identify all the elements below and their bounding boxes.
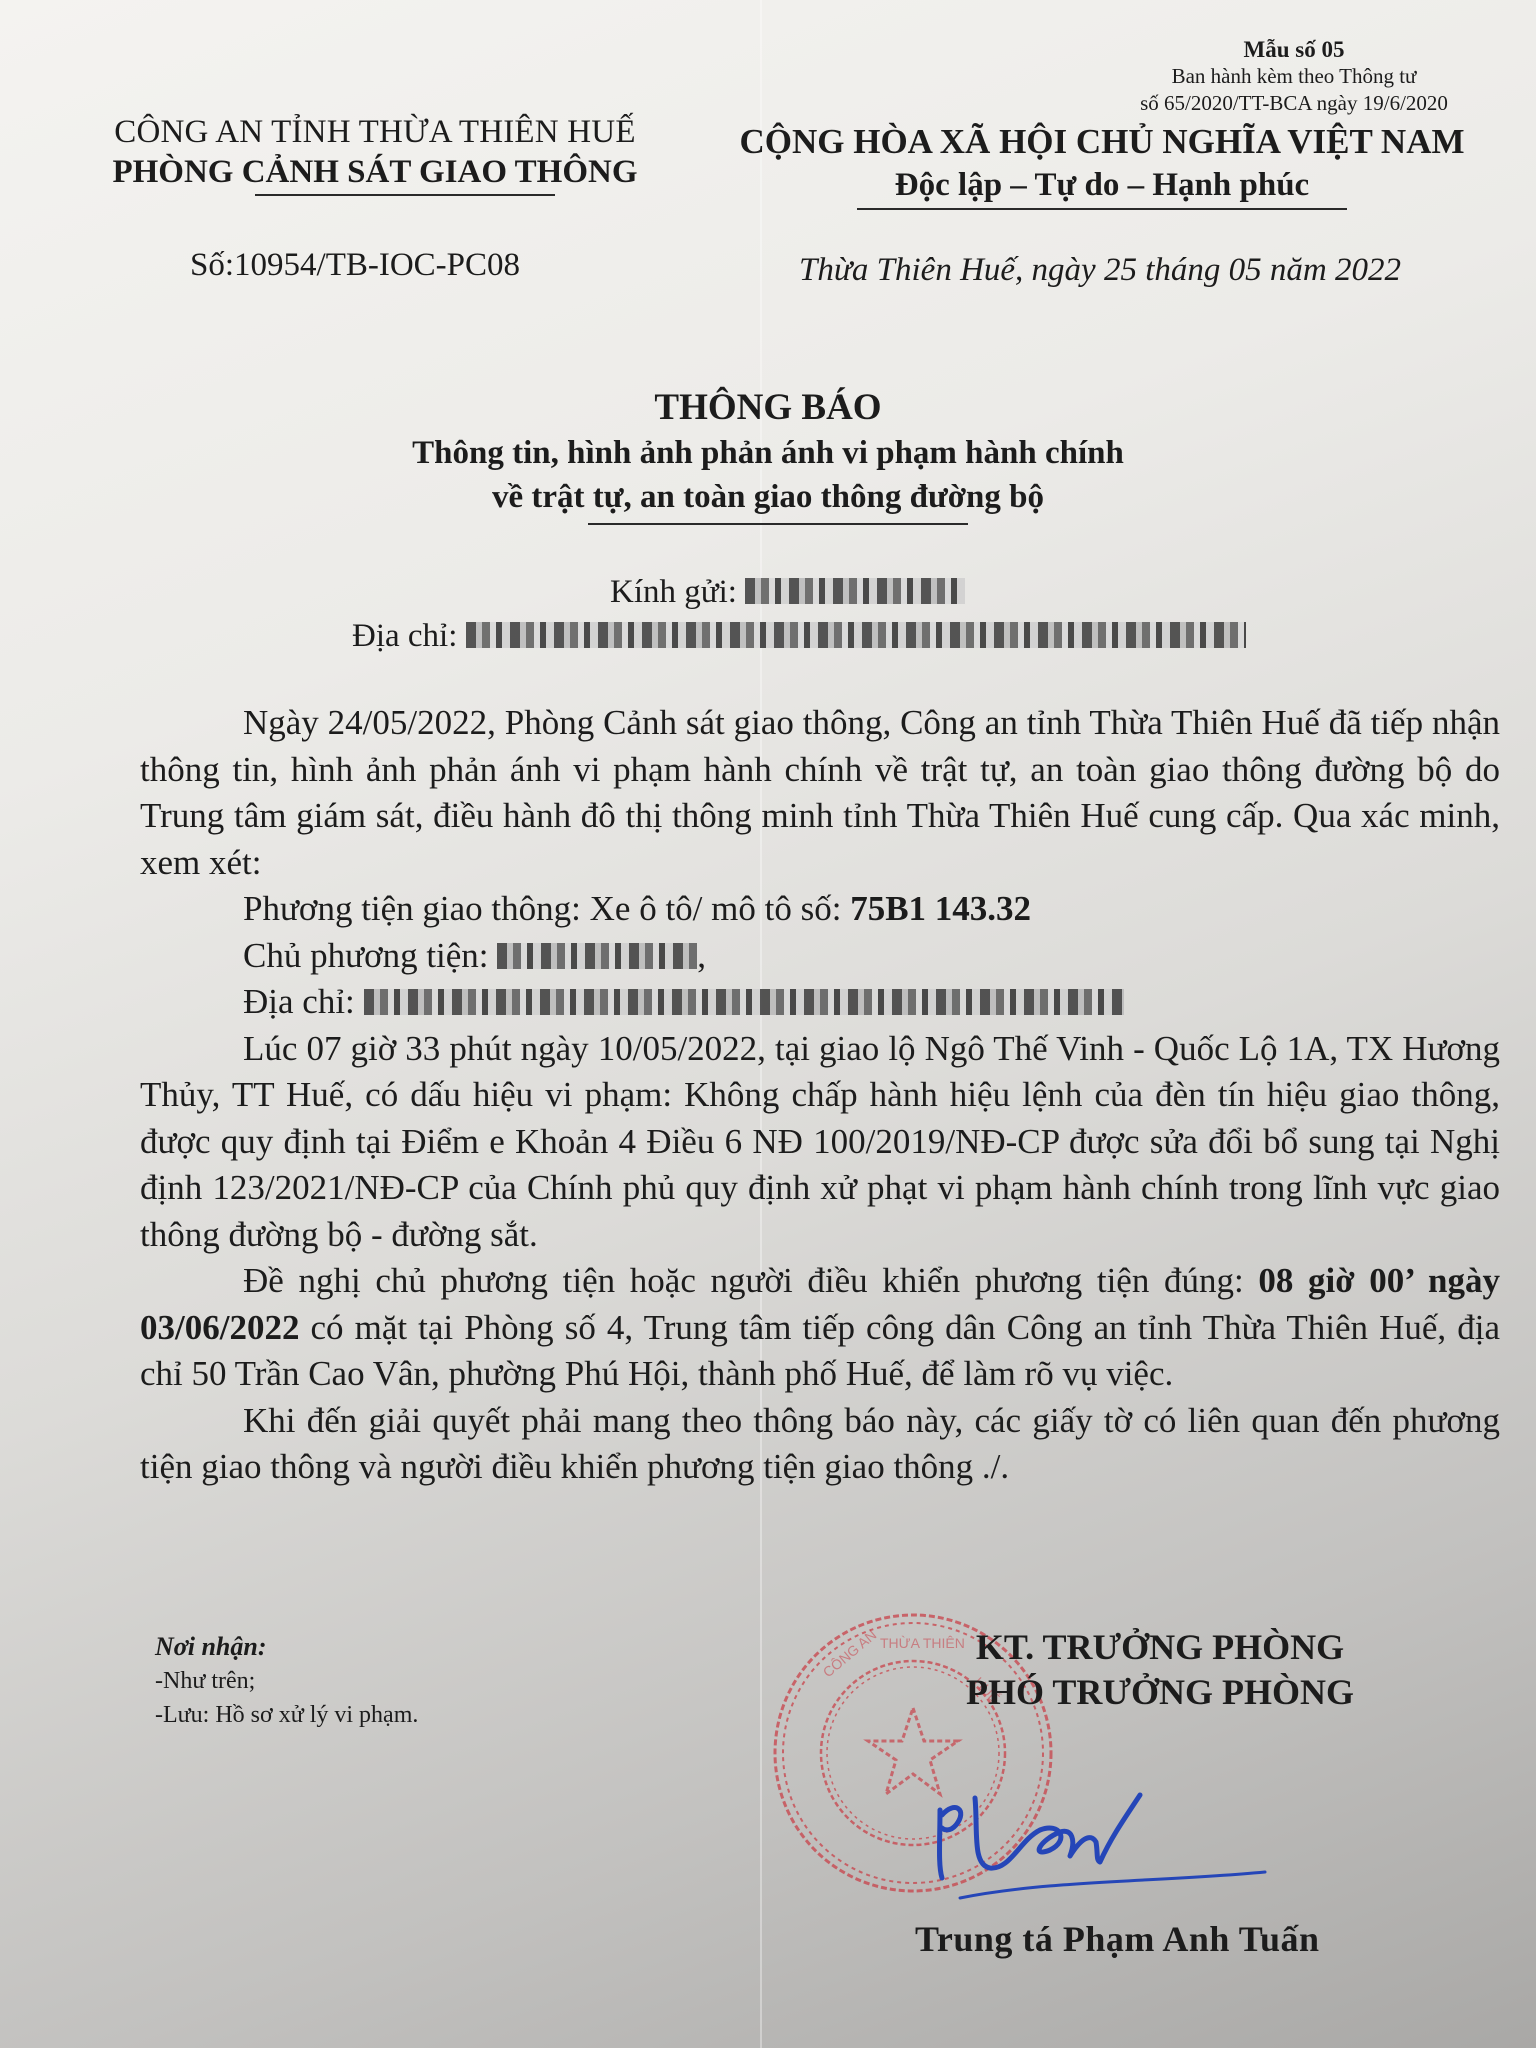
national-motto: Độc lập – Tự do – Hạnh phúc bbox=[712, 164, 1492, 206]
redacted-name bbox=[745, 578, 965, 604]
form-number: Mẫu số 05 bbox=[1114, 36, 1474, 63]
recipients-item: -Như trên; bbox=[155, 1664, 418, 1698]
redacted-address bbox=[466, 622, 1246, 648]
title-main: THÔNG BÁO bbox=[300, 385, 1236, 431]
recipients-list: Nơi nhận: -Như trên; -Lưu: Hồ sơ xử lý v… bbox=[155, 1630, 418, 1732]
request-paragraph: Đề nghị chủ phương tiện hoặc người điều … bbox=[140, 1258, 1500, 1398]
nation-header: CỘNG HÒA XÃ HỘI CHỦ NGHĨA VIỆT NAM Độc l… bbox=[712, 120, 1492, 210]
department-name: PHÒNG CẢNH SÁT GIAO THÔNG bbox=[70, 152, 680, 192]
dateline: Thừa Thiên Huế, ngày 25 tháng 05 năm 202… bbox=[740, 252, 1460, 289]
signature-icon bbox=[900, 1770, 1300, 1910]
recipient-address-label: Địa chỉ: bbox=[352, 618, 457, 654]
recipient-block: Kính gửi: Địa chỉ: bbox=[340, 570, 1300, 658]
title-sub: Thông tin, hình ảnh phản ánh vi phạm hàn… bbox=[300, 431, 1236, 475]
form-note: Mẫu số 05 Ban hành kèm theo Thông tư số … bbox=[1114, 36, 1474, 117]
recipient-to-label: Kính gửi: bbox=[610, 574, 737, 610]
parent-agency: CÔNG AN TỈNH THỪA THIÊN HUẾ bbox=[70, 112, 680, 152]
signer-name: Trung tá Phạm Anh Tuấn bbox=[915, 1918, 1320, 1960]
divider bbox=[857, 208, 1347, 210]
vehicle-label: Phương tiện giao thông: Xe ô tô/ mô tô s… bbox=[243, 889, 841, 928]
document-page: Mẫu số 05 Ban hành kèm theo Thông tư số … bbox=[0, 0, 1536, 2048]
document-title: THÔNG BÁO Thông tin, hình ảnh phản ánh v… bbox=[300, 385, 1236, 525]
owner-address-line: Địa chỉ: bbox=[140, 979, 1500, 1026]
intro-paragraph: Ngày 24/05/2022, Phòng Cảnh sát giao thô… bbox=[140, 700, 1500, 886]
country-name: CỘNG HÒA XÃ HỘI CHỦ NGHĨA VIỆT NAM bbox=[712, 120, 1492, 164]
owner-label: Chủ phương tiện: bbox=[243, 936, 489, 975]
signer-title: PHÓ TRƯỞNG PHÒNG bbox=[900, 1670, 1420, 1715]
vehicle-line: Phương tiện giao thông: Xe ô tô/ mô tô s… bbox=[140, 886, 1500, 933]
form-note-line: số 65/2020/TT-BCA ngày 19/6/2020 bbox=[1114, 90, 1474, 117]
owner-address-label: Địa chỉ: bbox=[243, 982, 355, 1021]
title-sub: về trật tự, an toàn giao thông đường bộ bbox=[300, 475, 1236, 519]
owner-line: Chủ phương tiện: , bbox=[140, 933, 1500, 980]
divider bbox=[255, 194, 555, 196]
recipient-to: Kính gửi: bbox=[340, 570, 1300, 614]
signer-block: KT. TRƯỞNG PHÒNG PHÓ TRƯỞNG PHÒNG bbox=[900, 1625, 1420, 1715]
violation-paragraph: Lúc 07 giờ 33 phút ngày 10/05/2022, tại … bbox=[140, 1026, 1500, 1259]
divider bbox=[588, 523, 968, 525]
form-note-line: Ban hành kèm theo Thông tư bbox=[1114, 63, 1474, 90]
closing-paragraph: Khi đến giải quyết phải mang theo thông … bbox=[140, 1398, 1500, 1491]
agency-header: CÔNG AN TỈNH THỪA THIÊN HUẾ PHÒNG CẢNH S… bbox=[70, 112, 680, 196]
document-body: Ngày 24/05/2022, Phòng Cảnh sát giao thô… bbox=[140, 700, 1500, 1491]
vehicle-plate: 75B1 143.32 bbox=[850, 889, 1031, 928]
signer-authority: KT. TRƯỞNG PHÒNG bbox=[900, 1625, 1420, 1670]
redacted-owner-address bbox=[364, 989, 1124, 1015]
recipients-heading: Nơi nhận: bbox=[155, 1630, 418, 1664]
document-number: Số:10954/TB-IOC-PC08 bbox=[190, 247, 520, 284]
redacted-owner bbox=[497, 943, 697, 969]
recipient-address: Địa chỉ: bbox=[340, 614, 1300, 658]
request-post: có mặt tại Phòng số 4, Trung tâm tiếp cô… bbox=[140, 1308, 1500, 1394]
request-pre: Đề nghị chủ phương tiện hoặc người điều … bbox=[243, 1261, 1244, 1300]
recipients-item: -Lưu: Hồ sơ xử lý vi phạm. bbox=[155, 1698, 418, 1732]
